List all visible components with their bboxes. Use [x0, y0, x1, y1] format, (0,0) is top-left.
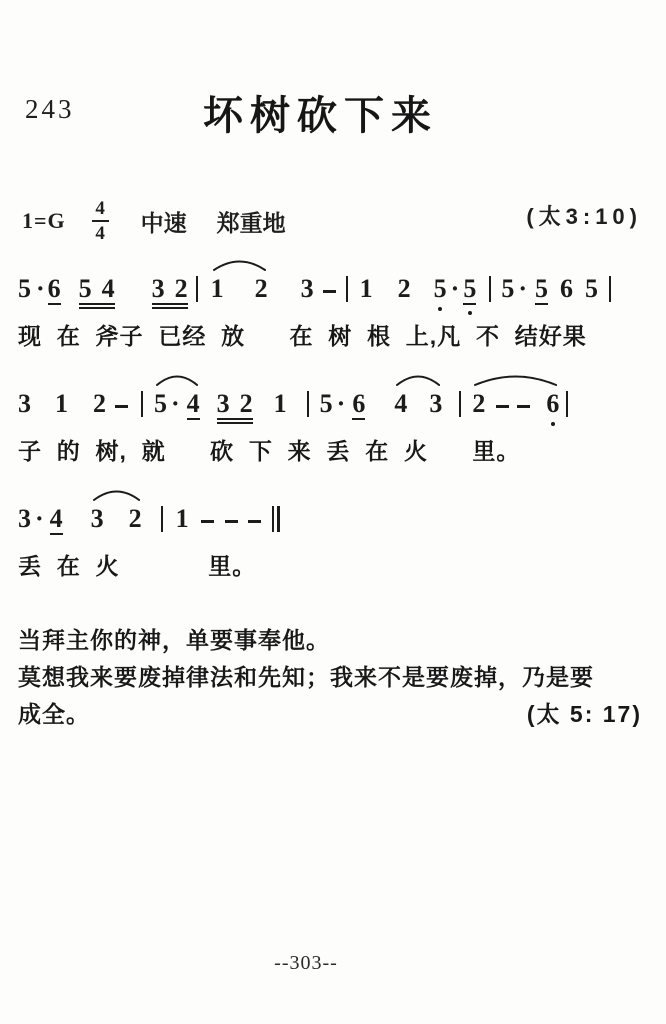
- note-group-32: 32: [152, 272, 188, 302]
- barline: [161, 502, 163, 532]
- barline: [489, 272, 491, 302]
- note-5: 5: [434, 272, 447, 302]
- note-1: 1: [274, 387, 287, 417]
- page-number: --303--: [0, 952, 666, 975]
- barline: [346, 272, 348, 302]
- expression-label: 郑重地: [217, 205, 286, 238]
- duration-dash: [115, 387, 128, 417]
- scripture-line-1: 当拜主你的神，单要事奉他。: [18, 622, 642, 659]
- note-3: 3: [91, 502, 104, 532]
- note-4: 4: [50, 502, 63, 532]
- note-6: 6: [48, 272, 61, 302]
- note-6: 6: [352, 387, 365, 417]
- scripture-line-3: 成全。 (太 5: 17): [18, 696, 642, 733]
- hymnal-page: 243 坏树砍下来 1=G 4 4 中速 郑重地 (太3:10) 5·65432…: [0, 0, 666, 1024]
- augmentation-dot: ·: [451, 272, 460, 302]
- hymn-number: 243: [25, 94, 75, 125]
- note-5: 5: [501, 272, 514, 302]
- music-line-3: 3·4321 丢 在 火 里。: [18, 486, 658, 581]
- duration-dash: [496, 387, 509, 417]
- note-1: 1: [211, 272, 224, 302]
- lyrics-row-1: 现 在 斧子 已经 放 在 树 根 上,凡 不 结好果: [18, 318, 658, 351]
- slur-arc: [213, 257, 266, 272]
- augmentation-dot: ·: [36, 272, 45, 302]
- note-1: 1: [360, 272, 373, 302]
- note-6: 6: [560, 272, 573, 302]
- lyrics-row-3: 丢 在 火 里。: [18, 548, 658, 581]
- note-4: 4: [394, 387, 407, 417]
- barline: [459, 387, 461, 417]
- fraction-bar: [92, 220, 109, 222]
- slur-arc: [474, 372, 557, 387]
- note-3: 3: [301, 272, 314, 302]
- duration-dash: [323, 272, 336, 302]
- note-2: 2: [129, 502, 142, 532]
- note-group-54: 54: [79, 272, 115, 302]
- duration-dash: [225, 502, 238, 532]
- scripture-reference-top: (太3:10): [526, 200, 642, 231]
- note-3: 3: [18, 387, 31, 417]
- music-line-1: 5·65432123125·55·565 现 在 斧子 已经 放 在 树 根 上…: [18, 256, 658, 351]
- scripture-reference-bottom: (太 5: 17): [527, 696, 642, 733]
- octave-low-dot: [468, 311, 472, 315]
- key-signature: 1=G: [22, 208, 66, 234]
- notation-row-2: 3125·43215·64326: [18, 371, 658, 417]
- barline: [141, 387, 143, 417]
- duration-dash: [201, 502, 214, 532]
- notation-row-1: 5·65432123125·55·565: [18, 256, 658, 302]
- duration-dash: [517, 387, 530, 417]
- note-group-32: 32: [217, 387, 253, 417]
- note-2: 2: [93, 387, 106, 417]
- notation-row-3: 3·4321: [18, 486, 658, 532]
- scripture-line-3-text: 成全。: [18, 696, 90, 733]
- note-5: 5: [154, 387, 167, 417]
- augmentation-dot: ·: [171, 387, 180, 417]
- final-barline: [272, 502, 280, 532]
- tempo-label: 中速: [141, 205, 187, 238]
- slur-arc: [93, 487, 140, 502]
- note-5: 5: [463, 272, 476, 302]
- note-6: 6: [546, 387, 559, 417]
- note-3: 3: [429, 387, 442, 417]
- note-5: 5: [320, 387, 333, 417]
- slur-arc: [396, 372, 440, 387]
- barline: [609, 272, 611, 302]
- scripture-line-2: 莫想我来要废掉律法和先知；我来不是要废掉，乃是要: [18, 659, 642, 696]
- note-1: 1: [55, 387, 68, 417]
- duration-dash: [248, 502, 261, 532]
- octave-low-dot: [438, 307, 442, 311]
- augmentation-dot: ·: [337, 387, 346, 417]
- barline: [196, 272, 198, 302]
- note-5: 5: [535, 272, 548, 302]
- note-2: 2: [398, 272, 411, 302]
- time-numerator: 4: [95, 199, 105, 218]
- augmentation-dot: ·: [518, 272, 527, 302]
- barline: [307, 387, 309, 417]
- barline: [566, 387, 568, 417]
- augmentation-dot: ·: [35, 502, 44, 532]
- octave-low-dot: [551, 422, 555, 426]
- time-signature: 4 4: [92, 199, 109, 243]
- slur-arc: [156, 372, 198, 387]
- scripture-block: 当拜主你的神，单要事奉他。 莫想我来要废掉律法和先知；我来不是要废掉，乃是要 成…: [18, 622, 642, 733]
- note-4: 4: [187, 387, 200, 417]
- note-2: 2: [472, 387, 485, 417]
- key-signature-row: 1=G 4 4 中速 郑重地: [22, 196, 286, 246]
- note-5: 5: [585, 272, 598, 302]
- note-5: 5: [18, 272, 31, 302]
- note-1: 1: [176, 502, 189, 532]
- time-denominator: 4: [95, 224, 105, 243]
- note-2: 2: [255, 272, 268, 302]
- page-title: 坏树砍下来: [203, 84, 438, 141]
- lyrics-row-2: 子 的 树, 就 砍 下 来 丢 在 火 里。: [18, 433, 658, 466]
- note-3: 3: [18, 502, 31, 532]
- music-line-2: 3125·43215·64326 子 的 树, 就 砍 下 来 丢 在 火 里。: [18, 371, 658, 466]
